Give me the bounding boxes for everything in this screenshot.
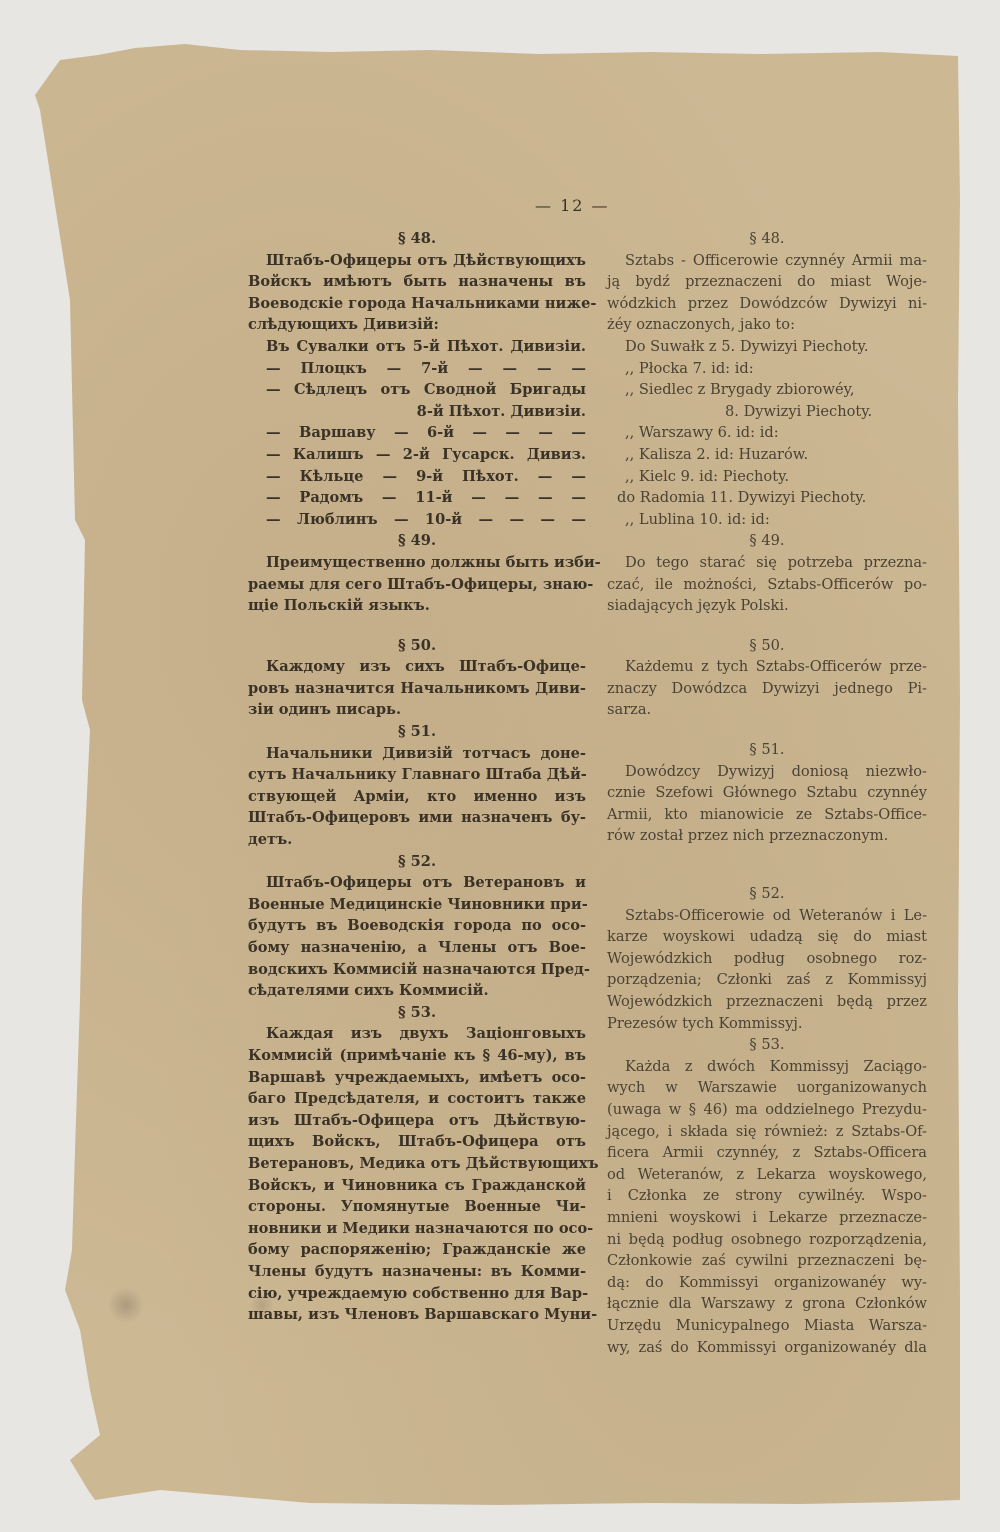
section-heading-49: § 49. <box>248 530 586 552</box>
text-line: Do tego starać się potrzeba przezna- <box>607 552 927 574</box>
text-line: новники и Медики назначаются по осо- <box>248 1218 586 1240</box>
section-heading-50: § 50. <box>607 635 927 657</box>
text-line: Варшавѣ учреждаемыхъ, имѣетъ осо- <box>248 1067 586 1089</box>
text-line: Штабъ-Офицеровъ ими назначенъ бу- <box>248 807 586 829</box>
text-line: водскихъ Коммисій назначаются Пред- <box>248 959 586 981</box>
text-line: czać, ile możności, Sztabs-Officerów po- <box>607 574 927 596</box>
text-line: od Weteranów, z Lekarza woyskowego, <box>607 1164 927 1186</box>
list-item: — Люблинъ — 10-й — — — — <box>248 509 586 531</box>
text-line: ni będą podług osobnego rozporządzenia, <box>607 1229 927 1251</box>
text-line: Urzędu Municypalnego Miasta Warsza- <box>607 1315 927 1337</box>
text-line: porządzenia; Członki zaś z Kommissyj <box>607 969 927 991</box>
page-number: — 12 — <box>535 196 610 215</box>
text-line: сутъ Начальнику Главнаго Штаба Дѣй- <box>248 764 586 786</box>
text-line: щихъ Войскъ, Штабъ-Офицера отъ <box>248 1131 586 1153</box>
text-line: Każdemu z tych Sztabs-Officerów prze- <box>607 656 927 678</box>
text-line: jącego, i składa się również: z Sztabs-O… <box>607 1121 927 1143</box>
text-line: wy, zaś do Kommissyi organizowanéy dla <box>607 1337 927 1359</box>
text-line: i Członka ze strony cywilnéy. Wspo- <box>607 1185 927 1207</box>
text-line: cznie Szefowi Głównego Sztabu czynnéy <box>607 782 927 804</box>
section-heading-51: § 51. <box>607 739 927 761</box>
text-line: Dowódzcy Dywizyj doniosą niezwło- <box>607 761 927 783</box>
list-item: ,, Kielc 9. id: Piechoty. <box>607 466 927 488</box>
text-line: сію, учреждаемую собственно для Вар- <box>248 1283 586 1305</box>
text-line: Wojewódzkich podług osobnego roz- <box>607 948 927 970</box>
text-line: Войскъ имѣютъ быть назначены въ <box>248 271 586 293</box>
list-item: ,, Kalisza 2. id: Huzarów. <box>607 444 927 466</box>
text-line: Штабъ-Офицеры отъ Дѣйствующихъ <box>248 250 586 272</box>
text-line: бому назначенію, а Члены отъ Вое- <box>248 937 586 959</box>
text-line: изъ Штабъ-Офицера отъ Дѣйствую- <box>248 1110 586 1132</box>
text-line: wódzkich przez Dowódzców Dywizyi ni- <box>607 293 927 315</box>
section-heading-49: § 49. <box>607 530 927 552</box>
text-line: Ветерановъ, Медика отъ Дѣйствующихъ <box>248 1153 586 1175</box>
text-line: dą: do Kommissyi organizowanéy wy- <box>607 1272 927 1294</box>
list-item: — Калишъ — 2-й Гусарск. Дивиз. <box>248 444 586 466</box>
text-line: mnieni woyskowi i Lekarze przeznacze- <box>607 1207 927 1229</box>
text-line: Prezesów tych Kommissyj. <box>607 1013 927 1035</box>
text-line: щіе Польскій языкъ. <box>248 595 586 617</box>
list-item: Do Suwałk z 5. Dywizyi Piechoty. <box>607 336 927 358</box>
text-line: Коммисій (примѣчаніе къ § 46-му), въ <box>248 1045 586 1067</box>
text-line: раемы для сего Штабъ-Офицеры, знаю- <box>248 574 586 596</box>
text-line: ствующей Арміи, кто именно изъ <box>248 786 586 808</box>
list-item: ,, Warszawy 6. id: id: <box>607 422 927 444</box>
polish-column: § 48. Sztabs - Officerowie czynnéy Armii… <box>607 228 927 1358</box>
russian-column: § 48. Штабъ-Офицеры отъ Дѣйствующихъ Вой… <box>248 228 586 1326</box>
section-heading-51: § 51. <box>248 721 586 743</box>
text-line: siadających język Polski. <box>607 595 927 617</box>
text-line: łącznie dla Warszawy z grona Członków <box>607 1293 927 1315</box>
text-line: сѣдателями сихъ Коммисій. <box>248 980 586 1002</box>
text-line: Каждая изъ двухъ Зацiонговыхъ <box>248 1023 586 1045</box>
text-line: ficera Armii czynnéy, z Sztabs-Officera <box>607 1142 927 1164</box>
section-heading-50: § 50. <box>248 635 586 657</box>
text-line: Sztabs - Officerowie czynnéy Armii ma- <box>607 250 927 272</box>
section-heading-53: § 53. <box>607 1034 927 1056</box>
text-line: ją bydź przeznaczeni do miast Woje- <box>607 271 927 293</box>
text-line: бому распоряженію; Гражданскіе же <box>248 1239 586 1261</box>
section-heading-48: § 48. <box>248 228 586 250</box>
text-line: Начальники Дивизій тотчасъ доне- <box>248 743 586 765</box>
text-line: шавы, изъ Членовъ Варшавскаго Муни- <box>248 1304 586 1326</box>
section-heading-52: § 52. <box>248 851 586 873</box>
list-item: Въ Сувалки отъ 5-й Пѣхот. Дивизіи. <box>248 336 586 358</box>
list-item: — Варшаву — 6-й — — — — <box>248 422 586 444</box>
text-line: (uwaga w § 46) ma oddzielnego Prezydu- <box>607 1099 927 1121</box>
list-item: ,, Płocka 7. id: id: <box>607 358 927 380</box>
section-heading-48: § 48. <box>607 228 927 250</box>
list-item: — Сѣдлецъ отъ Сводной Бригады <box>248 379 586 401</box>
text-line: Каждому изъ сихъ Штабъ-Офице- <box>248 656 586 678</box>
text-line: стороны. Упомянутые Военные Чи- <box>248 1196 586 1218</box>
list-item: ,, Lublina 10. id: id: <box>607 509 927 531</box>
text-line: Штабъ-Офицеры отъ Ветерановъ и <box>248 872 586 894</box>
text-line: Воеводскіе города Начальниками ниже- <box>248 293 586 315</box>
text-line: Члены будутъ назначены: въ Комми- <box>248 1261 586 1283</box>
list-item: — Плоцкъ — 7-й — — — — <box>248 358 586 380</box>
text-line: Wojewódzkich przeznaczeni będą przez <box>607 991 927 1013</box>
list-item: ,, Siedlec z Brygady zbiorowéy, <box>607 379 927 401</box>
list-item: — Кѣльце — 9-й Пѣхот. — — <box>248 466 586 488</box>
text-line: sarza. <box>607 699 927 721</box>
section-heading-52: § 52. <box>607 883 927 905</box>
list-item: do Radomia 11. Dywizyi Piechoty. <box>607 487 927 509</box>
text-line: зіи одинъ писарь. <box>248 699 586 721</box>
text-line: слѣдующихъ Дивизій: <box>248 314 586 336</box>
list-item: 8. Dywizyi Piechoty. <box>607 401 927 423</box>
text-line: Członkowie zaś cywilni przeznaczeni bę- <box>607 1250 927 1272</box>
text-line: будутъ въ Воеводскія города по осо- <box>248 915 586 937</box>
text-line: karze woyskowi udadzą się do miast <box>607 926 927 948</box>
text-line: rów został przez nich przeznaczonym. <box>607 825 927 847</box>
list-item: 8-й Пѣхот. Дивизіи. <box>248 401 586 423</box>
text-line: детъ. <box>248 829 586 851</box>
text-line: Każda z dwóch Kommissyj Zaciągo- <box>607 1056 927 1078</box>
text-line: Войскъ, и Чиновника съ Гражданской <box>248 1175 586 1197</box>
text-line: żéy oznaczonych, jako to: <box>607 314 927 336</box>
section-heading-53: § 53. <box>248 1002 586 1024</box>
text-line: ровъ назначится Начальникомъ Диви- <box>248 678 586 700</box>
text-line: Sztabs-Officerowie od Weteranów i Le- <box>607 905 927 927</box>
text-line: znaczy Dowódzca Dywizyi jednego Pi- <box>607 678 927 700</box>
text-line: wych w Warszawie uorganizowanych <box>607 1077 927 1099</box>
text-line: Armii, kto mianowicie ze Sztabs-Office- <box>607 804 927 826</box>
text-line: Преимущественно должны быть изби- <box>248 552 586 574</box>
text-line: баго Предсѣдателя, и состоитъ также <box>248 1088 586 1110</box>
list-item: — Радомъ — 11-й — — — — <box>248 487 586 509</box>
text-line: Военные Медицинскіе Чиновники при- <box>248 894 586 916</box>
